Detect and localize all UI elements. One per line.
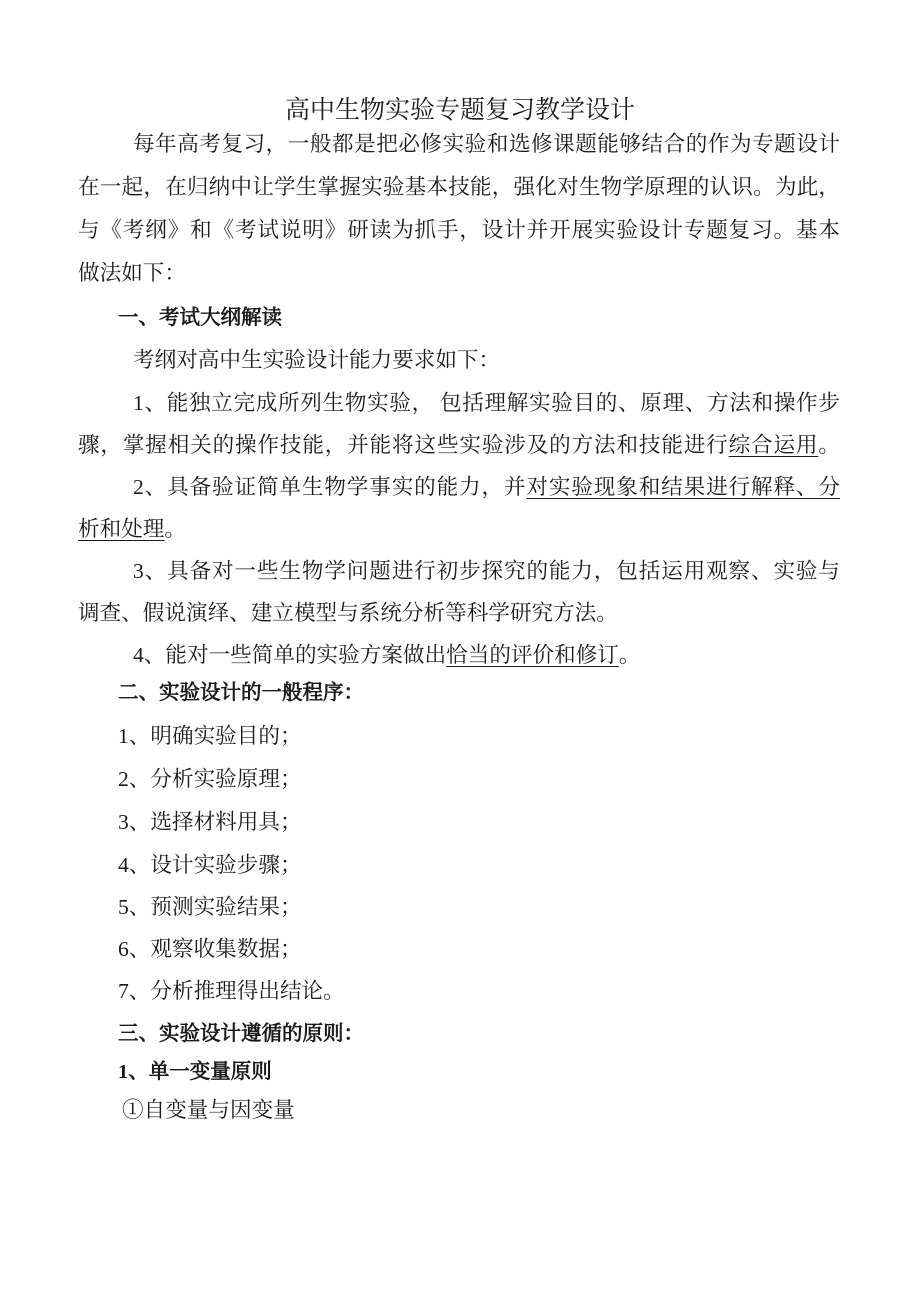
section1-item1-line1: 1、能独立完成所列生物实验， 包括理解实验目的、原理、方法和操作步 — [133, 391, 840, 416]
section3-point-1: ①自变量与因变量 — [122, 1098, 295, 1123]
section1-item1-line2: 骤，掌握相关的操作技能，并能将这些实验涉及的方法和技能进行综合运用。 — [78, 433, 840, 458]
intro-line-1: 每年高考复习，一般都是把必修实验和选修课题能够结合的作为专题设计 — [133, 132, 840, 157]
section2-step-7: 7、分析推理得出结论。 — [118, 979, 345, 1004]
section2-step-2: 2、分析实验原理； — [118, 767, 302, 792]
item4-underlined-text: 恰当的评价和修订 — [446, 643, 619, 667]
section1-item2-line2: 析和处理。 — [78, 517, 186, 542]
section1-item3-line1: 3、具备对一些生物学问题进行初步探究的能力，包括运用观察、实验与 — [133, 559, 840, 584]
section3-heading: 三、实验设计遵循的原则： — [118, 1022, 364, 1047]
item1-line2-underlined-text: 综合运用 — [729, 433, 819, 457]
item2-line1-underlined-text: 对实验现象和结果进行解释、分 — [526, 475, 840, 499]
item1-line2-text: 骤，掌握相关的操作技能，并能将这些实验涉及的方法和技能进行 — [78, 433, 729, 457]
document-page: 高中生物实验专题复习教学设计 每年高考复习，一般都是把必修实验和选修课题能够结合… — [0, 0, 920, 1302]
section2-heading: 二、实验设计的一般程序： — [118, 681, 364, 706]
item4-period: 。 — [619, 643, 641, 667]
item4-text: 4、能对一些简单的实验方案做出 — [133, 643, 446, 667]
intro-line-3: 与《考纲》和《考试说明》研读为抓手，设计并开展实验设计专题复习。基本 — [78, 218, 840, 243]
item1-line2-period: 。 — [818, 433, 840, 457]
section2-step-1: 1、明确实验目的； — [118, 724, 302, 749]
section2-step-5: 5、预测实验结果； — [118, 895, 302, 920]
intro-line-4: 做法如下： — [78, 261, 186, 286]
section3-subheading: 1、单一变量原则 — [118, 1060, 272, 1085]
item2-line1-text: 2、具备验证简单生物学事实的能力，并 — [133, 475, 526, 499]
section1-item3-line2: 调查、假说演绎、建立模型与系统分析等科学研究方法。 — [78, 601, 618, 626]
section2-step-6: 6、观察收集数据； — [118, 937, 302, 962]
section1-lead: 考纲对高中生实验设计能力要求如下： — [133, 348, 500, 373]
section1-heading: 一、考试大纲解读 — [118, 306, 282, 331]
item2-line2-period: 。 — [164, 517, 186, 541]
intro-line-2: 在一起，在归纳中让学生掌握实验基本技能，强化对生物学原理的认识。为此， — [78, 175, 840, 200]
section1-item2-line1: 2、具备验证简单生物学事实的能力，并对实验现象和结果进行解释、分 — [133, 475, 840, 500]
document-title: 高中生物实验专题复习教学设计 — [0, 96, 920, 124]
item2-line2-underlined-text: 析和处理 — [78, 517, 164, 541]
section2-step-4: 4、设计实验步骤； — [118, 853, 302, 878]
section2-step-3: 3、选择材料用具； — [118, 810, 302, 835]
section1-item4: 4、能对一些简单的实验方案做出恰当的评价和修订。 — [133, 643, 641, 668]
